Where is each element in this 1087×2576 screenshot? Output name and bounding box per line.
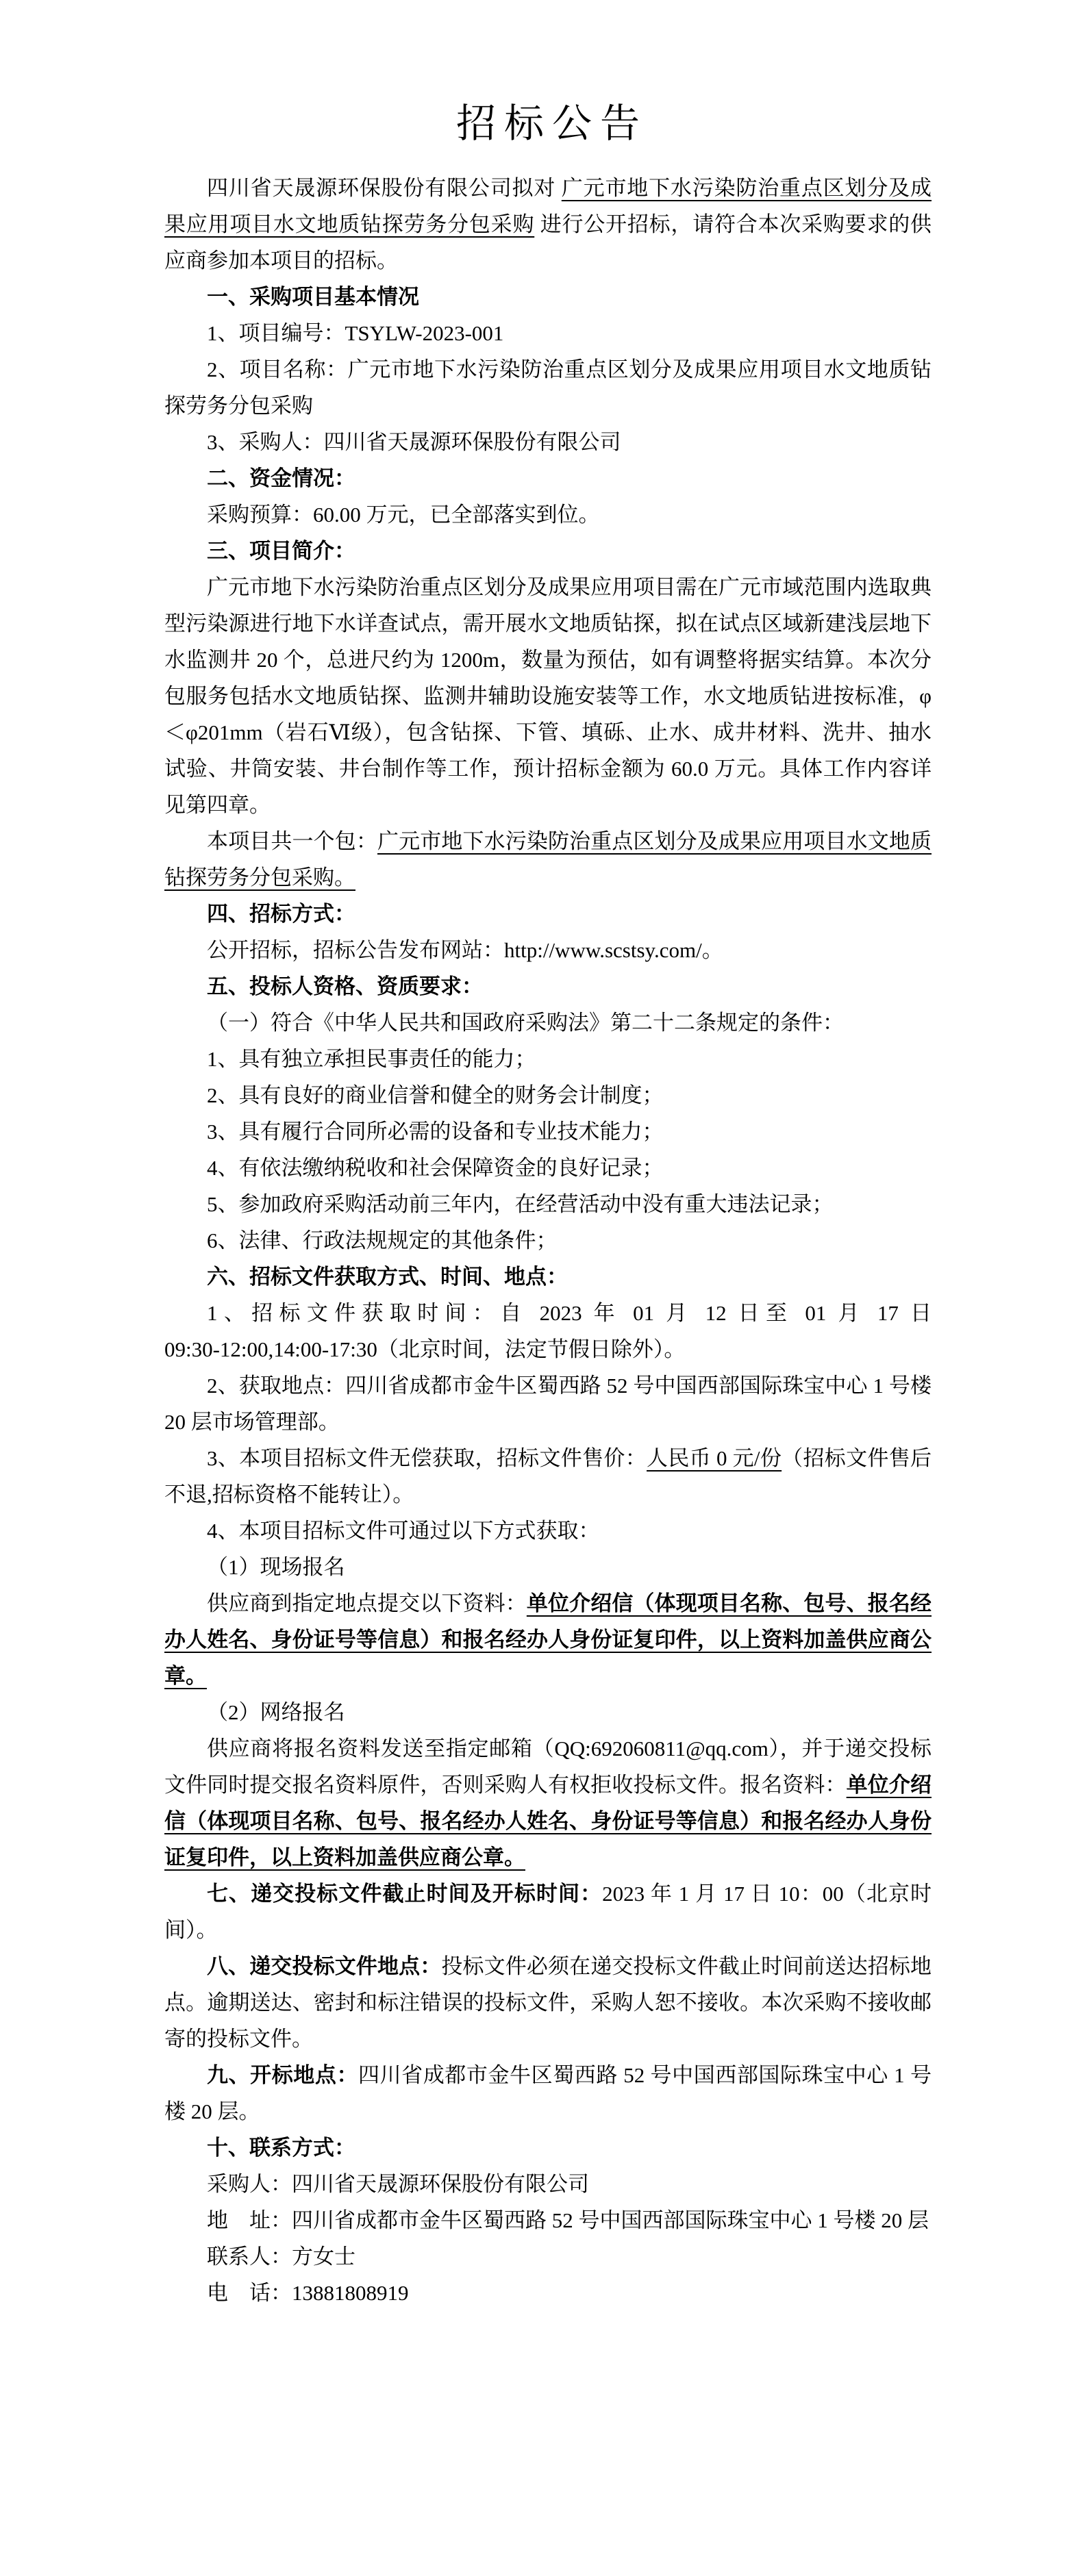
- paragraph: 3、具有履行合同所必需的设备和专业技术能力；: [164, 1113, 932, 1150]
- text-segment: 2、获取地点：四川省成都市金牛区蜀西路 52 号中国西部国际珠宝中心 1 号楼 …: [164, 1374, 932, 1434]
- text-segment: 09:30-12:00,14:00-17:30: [164, 1337, 377, 1361]
- text-segment: （北京时间，法定节假日除外）。: [377, 1337, 686, 1361]
- paragraph: 4、有依法缴纳税收和社会保障资金的良好记录；: [164, 1150, 932, 1186]
- text-segment: 二、资金情况：: [207, 466, 355, 490]
- paragraph: 3、本项目招标文件无偿获取，招标文件售价：人民币 0 元/份（招标文件售后不退,…: [164, 1440, 932, 1513]
- text-segment: 3、具有履行合同所必需的设备和专业技术能力；: [207, 1120, 664, 1144]
- paragraph: （1）现场报名: [164, 1549, 932, 1585]
- text-segment: 1、具有独立承担民事责任的能力；: [207, 1047, 536, 1071]
- text-segment: 1、招标文件获取时间：自 2023 年 01 月 12 日至 01 月 17 日: [207, 1301, 932, 1325]
- document-page: 招标公告 四川省天晟源环保股份有限公司拟对 广元市地下水污染防治重点区划分及成果…: [0, 0, 1087, 2576]
- paragraph: 2、获取地点：四川省成都市金牛区蜀西路 52 号中国西部国际珠宝中心 1 号楼 …: [164, 1367, 932, 1440]
- paragraph: 三、项目简介：: [164, 533, 932, 569]
- paragraph: （2）网络报名: [164, 1694, 932, 1730]
- text-segment: 2、项目名称：广元市地下水污染防治重点区划分及成果应用项目水文地质钻探劳务分包采…: [164, 357, 932, 418]
- text-segment: 八、递交投标文件地点：: [207, 1954, 441, 1978]
- text-segment: 广元市地下水污染防治重点区划分及成果应用项目需在广元市域范围内选取典型污染源进行…: [164, 575, 932, 817]
- paragraph: 四、招标方式：: [164, 896, 932, 932]
- text-segment: 5、参加政府采购活动前三年内，在经营活动中没有重大违法记录；: [207, 1192, 834, 1216]
- text-segment: 十、联系方式：: [207, 2136, 355, 2160]
- paragraph: 2、项目名称：广元市地下水污染防治重点区划分及成果应用项目水文地质钻探劳务分包采…: [164, 351, 932, 424]
- paragraph: 4、本项目招标文件可通过以下方式获取：: [164, 1513, 932, 1549]
- paragraph: 六、招标文件获取方式、时间、地点：: [164, 1259, 932, 1295]
- paragraph: 电 话：13881808919: [164, 2275, 932, 2311]
- text-segment: 三、项目简介：: [207, 539, 355, 563]
- text-segment: 供应商到指定地点提交以下资料：: [207, 1591, 527, 1615]
- paragraph: 四川省天晟源环保股份有限公司拟对 广元市地下水污染防治重点区划分及成果应用项目水…: [164, 170, 932, 279]
- paragraph: 1、招标文件获取时间：自 2023 年 01 月 12 日至 01 月 17 日…: [164, 1295, 932, 1367]
- text-segment: 四、招标方式：: [207, 902, 355, 926]
- text-segment: 四川省天晟源环保股份有限公司拟对: [207, 176, 562, 200]
- text-segment: 1、项目编号：TSYLW-2023-001: [207, 321, 503, 345]
- text-segment: 3、采购人：四川省天晟源环保股份有限公司: [207, 430, 621, 454]
- paragraph: 广元市地下水污染防治重点区划分及成果应用项目需在广元市域范围内选取典型污染源进行…: [164, 569, 932, 823]
- paragraph: 九、开标地点：四川省成都市金牛区蜀西路 52 号中国西部国际珠宝中心 1 号楼 …: [164, 2057, 932, 2130]
- text-segment: 4、有依法缴纳税收和社会保障资金的良好记录；: [207, 1156, 664, 1180]
- text-segment: 七、递交投标文件截止时间及开标时间：: [207, 1882, 602, 1906]
- paragraph: 3、采购人：四川省天晟源环保股份有限公司: [164, 424, 932, 460]
- text-segment: 采购人：四川省天晟源环保股份有限公司: [207, 2172, 589, 2196]
- text-segment: 联系人：方女士: [207, 2245, 355, 2269]
- text-segment: （1）现场报名: [207, 1555, 345, 1579]
- paragraph: 1、项目编号：TSYLW-2023-001: [164, 315, 932, 351]
- text-segment: 6、法律、行政法规规定的其他条件；: [207, 1228, 558, 1252]
- paragraph: 八、递交投标文件地点：投标文件必须在递交投标文件截止时间前送达招标地点。逾期送达…: [164, 1948, 932, 2057]
- text-segment: 2、具有良好的商业信誉和健全的财务会计制度；: [207, 1083, 664, 1107]
- paragraph: 采购预算：60.00 万元，已全部落实到位。: [164, 496, 932, 533]
- paragraph: 二、资金情况：: [164, 460, 932, 496]
- text-segment: 六、招标文件获取方式、时间、地点：: [207, 1265, 568, 1289]
- text-segment: 供应商将报名资料发送至指定邮箱（QQ:692060811@qq.com），并于递…: [164, 1737, 932, 1797]
- text-segment: 五、投标人资格、资质要求：: [207, 974, 483, 998]
- paragraph: 联系人：方女士: [164, 2238, 932, 2275]
- paragraph: （一）符合《中华人民共和国政府采购法》第二十二条规定的条件：: [164, 1005, 932, 1041]
- paragraph: 公开招标，招标公告发布网站：http://www.scstsy.com/。: [164, 932, 932, 968]
- document-body: 四川省天晟源环保股份有限公司拟对 广元市地下水污染防治重点区划分及成果应用项目水…: [164, 170, 932, 2311]
- text-segment: 九、开标地点：: [207, 2063, 358, 2087]
- text-segment: 本项目共一个包：: [207, 829, 377, 853]
- text-segment: （一）符合《中华人民共和国政府采购法》第二十二条规定的条件：: [207, 1011, 844, 1035]
- page-title: 招标公告: [164, 103, 932, 145]
- paragraph: 5、参加政府采购活动前三年内，在经营活动中没有重大违法记录；: [164, 1186, 932, 1222]
- paragraph: 本项目共一个包：广元市地下水污染防治重点区划分及成果应用项目水文地质钻探劳务分包…: [164, 823, 932, 896]
- paragraph: 五、投标人资格、资质要求：: [164, 968, 932, 1005]
- paragraph: 采购人：四川省天晟源环保股份有限公司: [164, 2166, 932, 2202]
- paragraph: 七、递交投标文件截止时间及开标时间：2023 年 1 月 17 日 10：00（…: [164, 1876, 932, 1948]
- text-segment: 地 址：四川省成都市金牛区蜀西路 52 号中国西部国际珠宝中心 1 号楼 20 …: [207, 2208, 929, 2232]
- paragraph: 2、具有良好的商业信誉和健全的财务会计制度；: [164, 1077, 932, 1113]
- paragraph: 1、具有独立承担民事责任的能力；: [164, 1041, 932, 1077]
- text-segment: 人民币 0 元/份: [647, 1446, 782, 1470]
- paragraph: 6、法律、行政法规规定的其他条件；: [164, 1222, 932, 1259]
- paragraph: 供应商到指定地点提交以下资料：单位介绍信（体现项目名称、包号、报名经办人姓名、身…: [164, 1585, 932, 1694]
- text-segment: 一、采购项目基本情况: [207, 285, 419, 309]
- paragraph: 十、联系方式：: [164, 2130, 932, 2166]
- text-segment: 采购预算：60.00 万元，已全部落实到位。: [207, 503, 600, 527]
- text-segment: 4、本项目招标文件可通过以下方式获取：: [207, 1519, 600, 1543]
- text-segment: （2）网络报名: [207, 1700, 345, 1724]
- text-segment: 公开招标，招标公告发布网站：http://www.scstsy.com/。: [207, 938, 723, 962]
- text-segment: 电 话：13881808919: [207, 2281, 409, 2305]
- paragraph: 一、采购项目基本情况: [164, 279, 932, 315]
- paragraph: 地 址：四川省成都市金牛区蜀西路 52 号中国西部国际珠宝中心 1 号楼 20 …: [164, 2202, 932, 2238]
- text-segment: 3、本项目招标文件无偿获取，招标文件售价：: [207, 1446, 647, 1470]
- paragraph: 供应商将报名资料发送至指定邮箱（QQ:692060811@qq.com），并于递…: [164, 1730, 932, 1876]
